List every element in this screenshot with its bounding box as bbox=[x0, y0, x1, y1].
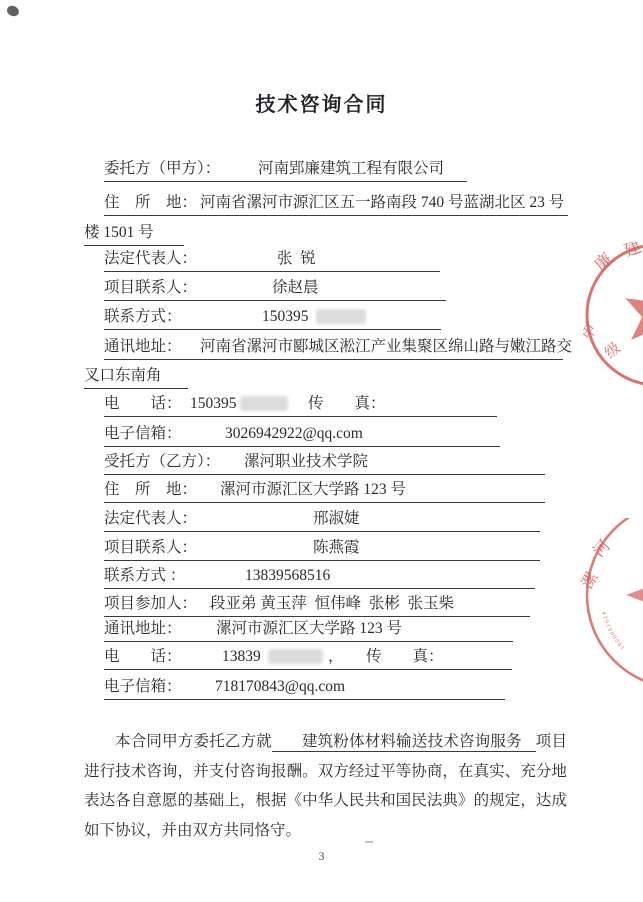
seal-star-icon bbox=[618, 274, 643, 350]
field-label: 住 所 地： bbox=[104, 192, 197, 214]
scanned-contract-page: 技术咨询合同 委托方（甲方）： 河南郢廉建筑工程有限公司 住 所 地： 河南省漯… bbox=[0, 0, 643, 902]
redaction-blur bbox=[316, 309, 366, 324]
contract-clause-paragraph: 本合同甲方委托乙方就建筑粉体材料输送技术咨询服务项目进行技术咨询，并支付咨询报酬… bbox=[84, 727, 567, 845]
form-row-project-contact-b: 项目联系人： 陈燕霞 bbox=[104, 537, 540, 561]
form-row-address: 住 所 地： 河南省漯河市源汇区五一路南段 740 号蓝湖北区 23 号 bbox=[104, 192, 568, 216]
field-value: 楼 1501 号 bbox=[84, 222, 154, 244]
redaction-blur bbox=[268, 649, 323, 664]
field-label: 联系方式 ： bbox=[104, 565, 185, 587]
field-value: 徐赵晨 bbox=[272, 277, 319, 299]
scan-artifact bbox=[365, 841, 373, 843]
form-row-legal-rep: 法定代表人： 张 锐 bbox=[104, 248, 440, 272]
seal-star-icon bbox=[626, 544, 643, 647]
field-label: 电 话： bbox=[104, 646, 182, 668]
form-row-address-b: 住 所 地： 漯河市源汇区大学路 123 号 bbox=[104, 479, 545, 503]
form-row-mailing-address: 通讯地址： 河南省漯河市郾城区淞江产业集聚区绵山路与嫩江路交 bbox=[104, 336, 563, 360]
field-label: 电子信箱： bbox=[104, 676, 182, 698]
field-value: 邢淑婕 bbox=[313, 508, 360, 530]
field-value: 河南省漯河市郾城区淞江产业集聚区绵山路与嫩江路交 bbox=[200, 336, 572, 358]
field-label: 项目参加人： bbox=[104, 593, 197, 615]
field-value: 150395 bbox=[262, 306, 309, 328]
redaction-blur bbox=[240, 396, 288, 411]
seal-grade-char: 级 bbox=[602, 339, 624, 362]
form-row-contact-number: 联系方式： 150395 bbox=[104, 306, 441, 330]
form-row-trustee: 受托方（乙方）： 漯河职业技术学院 bbox=[104, 451, 545, 475]
field-label: 电 话： bbox=[104, 393, 182, 415]
field-label: 项目联系人： bbox=[104, 537, 197, 559]
field-value: 叉口东南角 bbox=[84, 365, 162, 387]
field-value: 漯河职业技术学院 bbox=[244, 451, 368, 473]
field-value: 陈燕霞 bbox=[313, 537, 360, 559]
form-row-email-b: 电子信箱： 718170843@qq.com bbox=[104, 676, 505, 700]
field-label: 联系方式： bbox=[104, 306, 182, 328]
field-value: 漯河市源汇区大学路 123 号 bbox=[216, 618, 402, 640]
field-label: 法定代表人： bbox=[104, 248, 197, 270]
field-value: 河南省漯河市源汇区五一路南段 740 号蓝湖北区 23 号 bbox=[200, 192, 564, 214]
form-row-phone-fax-b: 电 话： 13839 ， 传 真： bbox=[104, 646, 512, 670]
field-value: 3026942922@qq.com bbox=[225, 423, 363, 445]
field-label: 通讯地址： bbox=[104, 336, 182, 358]
form-row-mailing-address-wrap: 叉口东南角 bbox=[84, 365, 188, 389]
seal-arc-char: 廉 bbox=[591, 249, 616, 274]
field-label: 住 所 地： bbox=[104, 479, 197, 501]
field-label: 电子信箱： bbox=[104, 423, 182, 445]
clause-blank-service-name: 建筑粉体材料输送技术咨询服务 bbox=[272, 733, 536, 752]
form-row-contact-number-b: 联系方式 ： 13839568516 bbox=[104, 565, 535, 589]
field-label: 项目联系人： bbox=[104, 277, 197, 299]
field-value: 718170843@qq.com bbox=[215, 676, 345, 698]
field-value: 张 锐 bbox=[277, 248, 316, 270]
form-row-legal-rep-b: 法定代表人： 邢淑婕 bbox=[104, 508, 540, 532]
seal-serial-number: 4191000041 bbox=[600, 611, 626, 652]
page-title: 技术咨询合同 bbox=[0, 88, 643, 117]
form-row-phone-fax: 电 话： 150395 传 真： bbox=[104, 393, 497, 417]
page-number: 3 bbox=[0, 849, 643, 864]
field-label: 传 真： bbox=[366, 646, 444, 668]
field-value: 13839 bbox=[222, 646, 261, 668]
seal-arc-char: 建 bbox=[621, 242, 643, 261]
field-value: 150395 bbox=[190, 393, 237, 415]
form-row-mailing-address-b: 通讯地址： 漯河市源汇区大学路 123 号 bbox=[104, 618, 513, 642]
field-label: 委托方（甲方）： bbox=[104, 158, 220, 180]
form-row-project-contact: 项目联系人： 徐赵晨 bbox=[104, 277, 446, 301]
field-value: 河南郢廉建筑工程有限公司 bbox=[258, 158, 444, 180]
red-company-seal-top: 廉 建 甲 级 bbox=[583, 242, 643, 398]
field-label: 法定代表人： bbox=[104, 508, 197, 530]
form-row-email: 电子信箱： 3026942922@qq.com bbox=[104, 423, 500, 447]
field-value: ， bbox=[328, 646, 344, 668]
form-row-principal: 委托方（甲方）： 河南郢廉建筑工程有限公司 bbox=[104, 158, 467, 182]
field-label: 受托方（乙方）： bbox=[104, 451, 220, 473]
form-row-participants: 项目参加人： 段亚弟 黄玉萍 恒伟峰 张彬 张玉柴 bbox=[104, 593, 530, 617]
form-row-address-wrap: 楼 1501 号 bbox=[84, 222, 184, 246]
red-company-seal-bottom: 河 漯 4191000041 bbox=[580, 518, 643, 708]
field-label: 传 真： bbox=[308, 393, 386, 415]
field-label: 通讯地址： bbox=[104, 618, 182, 640]
clause-intro: 本合同甲方委托乙方就 bbox=[115, 733, 272, 750]
field-value: 段亚弟 黄玉萍 恒伟峰 张彬 张玉柴 bbox=[210, 593, 454, 615]
seal-grade-char: 甲 bbox=[583, 321, 601, 343]
seal-arc-char: 河 bbox=[590, 537, 614, 561]
field-value: 13839568516 bbox=[245, 565, 330, 587]
scan-ink-blot bbox=[6, 5, 20, 18]
field-value: 漯河市源汇区大学路 123 号 bbox=[220, 479, 406, 501]
